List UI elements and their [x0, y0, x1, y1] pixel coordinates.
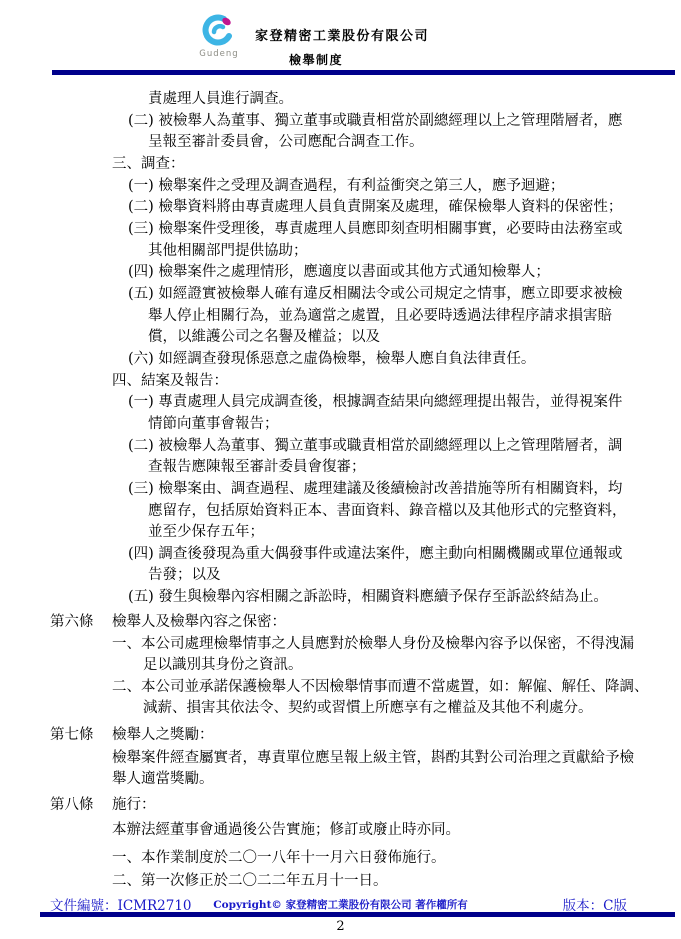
article-row: 第八條 施行：	[0, 797, 681, 813]
article-row: 第六條 檢舉人及檢舉內容之保密：	[0, 614, 681, 630]
company-name: 家登精密工業股份有限公司	[255, 25, 429, 44]
article-row: 第七條 檢舉人之獎勵：	[0, 727, 681, 743]
body-line: 告發；以及	[148, 567, 221, 583]
body-line: (一) 檢舉案件之受理及調查過程，有利益衝突之第三人，應予迴避；	[128, 178, 564, 194]
doc-number: 文件編號：ICMR2710	[50, 894, 192, 914]
body-line: 償，以維護公司之名譽及權益；以及	[148, 329, 380, 345]
body-line: (一) 專責處理人員完成調查後，根據調查結果向總經理提出報告，並得視案件	[128, 394, 622, 410]
body-line: (三) 檢舉案由、調查過程、處理建議及後續檢討改善措施等所有相關資料，均	[128, 481, 622, 497]
brand-name: Gudeng	[197, 49, 241, 59]
version-label: 版本：C版	[563, 894, 627, 914]
body-line: (二) 被檢舉人為董事、獨立董事或職責相當於副總經理以上之管理階層者，調	[128, 438, 622, 454]
footer-rule	[40, 912, 675, 917]
body-line: 一、本作業制度於二〇一八年十一月六日發佈施行。	[112, 850, 446, 866]
article-title: 檢舉人之獎勵：	[112, 727, 214, 743]
copyright-notice: Copyright© 家登精密工業股份有限公司 著作權所有	[213, 897, 467, 912]
body-line: (三) 檢舉案件受理後，專責處理人員應即刻查明相關事實，必要時由法務室或	[128, 221, 622, 237]
document-page: Gudeng 家登精密工業股份有限公司 檢舉制度 責處理人員進行調查。 (二) …	[0, 0, 681, 939]
body-line: (二) 被檢舉人為董事、獨立董事或職責相當於副總經理以上之管理階層者，應	[128, 113, 622, 129]
body-line: 三、調查：	[112, 156, 185, 172]
body-line: 減薪、損害其依法令、契約或習慣上所應享有之權益及其他不利處分。	[143, 700, 593, 716]
body-line: (六) 如經調查發現係惡意之虛偽檢舉，檢舉人應自負法律責任。	[128, 351, 535, 367]
body-line: 查報告應陳報至審計委員會復審；	[148, 459, 366, 475]
gudeng-logo-icon	[199, 14, 235, 48]
body-line: (四) 調查後發現為重大偶發事件或違法案件，應主動向相關機關或單位通報或	[128, 546, 622, 562]
page-number: 2	[0, 919, 681, 934]
body-line: (四) 檢舉案件之處理情形，應適度以書面或其他方式通知檢舉人；	[128, 264, 550, 280]
body-line: (五) 發生與檢舉內容相關之訴訟時，相關資料應續予保存至訴訟終結為止。	[128, 589, 608, 605]
article-number: 第八條	[50, 797, 94, 813]
body-line: (五) 如經證實被檢舉人確有違反相關法令或公司規定之情事，應立即要求被檢	[128, 286, 622, 302]
document-title: 檢舉制度	[289, 51, 343, 68]
article-number: 第六條	[50, 614, 94, 630]
body-line: 舉人適當獎勵。	[112, 771, 214, 787]
body-line: 舉人停止相關行為，並為適當之處置，且必要時透過法律程序請求損害賠	[148, 308, 612, 324]
body-line: 責處理人員進行調查。	[148, 91, 293, 107]
body-line: 呈報至審計委員會，公司應配合調查工作。	[148, 134, 424, 150]
header-rule	[52, 70, 675, 75]
body-line: 並至少保存五年；	[148, 524, 264, 540]
article-title: 施行：	[112, 797, 156, 813]
body-line: 其他相關部門提供協助；	[148, 243, 308, 259]
body-line: 應留存，包括原始資料正本、書面資料、錄音檔以及其他形式的完整資料，	[148, 503, 627, 519]
body-line: 本辦法經董事會通過後公告實施；修訂或廢止時亦同。	[112, 822, 460, 838]
article-title: 檢舉人及檢舉內容之保密：	[112, 614, 286, 630]
body-line: 足以識別其身份之資訊。	[143, 657, 303, 673]
body-line: 四、結案及報告：	[112, 373, 228, 389]
body-line: 一、本公司處理檢舉情事之人員應對於檢舉人身份及檢舉內容予以保密，不得洩漏	[112, 636, 634, 652]
article-number: 第七條	[50, 727, 94, 743]
body-line: 二、本公司並承諾保護檢舉人不因檢舉情事而遭不當處置，如：解僱、解任、降調、	[112, 679, 649, 695]
body-line: 情節向董事會報告；	[148, 416, 279, 432]
body-line: (二) 檢舉資料將由專責處理人員負責開案及處理，確保檢舉人資料的保密性；	[128, 199, 622, 215]
body-line: 二、第一次修正於二〇二二年五月十一日。	[112, 873, 388, 889]
body-line: 檢舉案件經查屬實者，專責單位應呈報上級主管，斟酌其對公司治理之貢獻給予檢	[112, 750, 634, 766]
